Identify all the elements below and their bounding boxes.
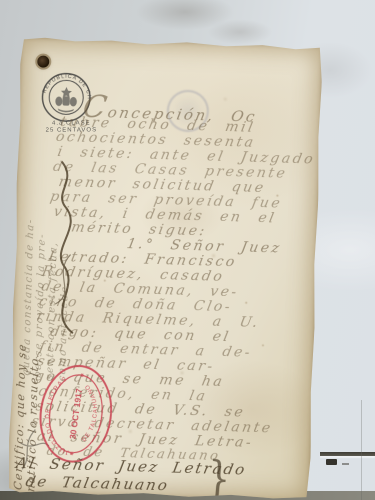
- seal-ring-text: REPUBLICA DE CHILE: [32, 63, 93, 100]
- closing-brace-flourish: }: [205, 450, 233, 500]
- margin-signature-rubric: [42, 154, 89, 340]
- manuscript-paper: REPUBLICA DE CHILE 4.a CLASE 25 CENTAVOS…: [7, 37, 322, 500]
- svg-text:REPUBLICA DE CHILE: REPUBLICA DE CHILE: [32, 63, 93, 100]
- photo-scene: REPUBLICA DE CHILE 4.a CLASE 25 CENTAVOS…: [0, 0, 375, 500]
- coat-of-arms-icon: [55, 87, 77, 113]
- manuscript-body: Concepción, Octubre ocho de milochocient…: [21, 37, 323, 46]
- date-stamp-icon: JUZGADO DE LETRAS DE TALCAHUANO 30 OCT 1…: [30, 357, 121, 471]
- wood-groove-line: [320, 452, 375, 456]
- wood-knot-mark: [326, 459, 337, 465]
- closing-address: Al Señor Juez Letradode Talcahuano: [21, 37, 323, 46]
- date-stamp-date: 30 OCT 1917: [67, 388, 84, 440]
- foxing-speckles: [21, 37, 23, 39]
- date-stamp-star-right: ✱: [80, 373, 87, 378]
- background-seam: [361, 400, 362, 500]
